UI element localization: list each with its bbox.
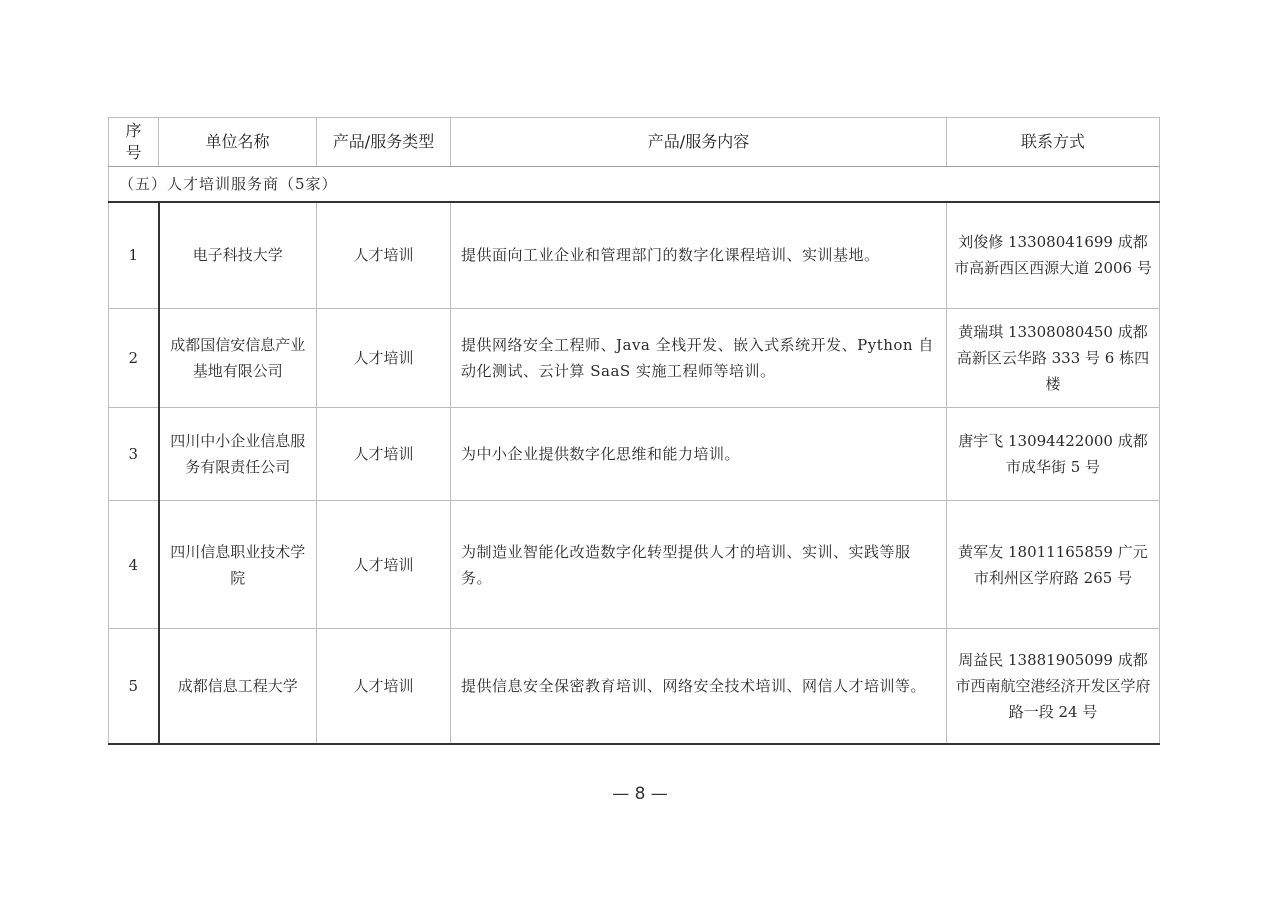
- table-row: 2 成都国信安信息产业基地有限公司 人才培训 提供网络安全工程师、Java 全栈…: [109, 309, 1160, 408]
- table-row: 1 电子科技大学 人才培训 提供面向工业企业和管理部门的数字化课程培训、实训基地…: [109, 202, 1160, 309]
- row-content: 提供网络安全工程师、Java 全栈开发、嵌入式系统开发、Python 自动化测试…: [451, 309, 947, 408]
- row-contact: 周益民 13881905099 成都市西南航空港经济开发区学府路一段 24 号: [947, 629, 1160, 744]
- row-content: 提供面向工业企业和管理部门的数字化课程培训、实训基地。: [451, 202, 947, 309]
- row-content: 为中小企业提供数字化思维和能力培训。: [451, 408, 947, 501]
- row-type: 人才培训: [317, 501, 451, 629]
- service-provider-table: 序号 单位名称 产品/服务类型 产品/服务内容 联系方式 （五）人才培训服务商（…: [108, 117, 1160, 745]
- row-name: 成都信息工程大学: [159, 629, 317, 744]
- row-seq: 1: [109, 202, 159, 309]
- row-content: 为制造业智能化改造数字化转型提供人才的培训、实训、实践等服务。: [451, 501, 947, 629]
- section-row: （五）人才培训服务商（5家）: [109, 167, 1160, 202]
- row-name: 电子科技大学: [159, 202, 317, 309]
- row-type: 人才培训: [317, 629, 451, 744]
- row-content: 提供信息安全保密教育培训、网络安全技术培训、网信人才培训等。: [451, 629, 947, 744]
- header-name: 单位名称: [159, 118, 317, 167]
- row-type: 人才培训: [317, 309, 451, 408]
- table-header-row: 序号 单位名称 产品/服务类型 产品/服务内容 联系方式: [109, 118, 1160, 167]
- table-row: 5 成都信息工程大学 人才培训 提供信息安全保密教育培训、网络安全技术培训、网信…: [109, 629, 1160, 744]
- row-name: 四川中小企业信息服务有限责任公司: [159, 408, 317, 501]
- row-seq: 5: [109, 629, 159, 744]
- row-name: 成都国信安信息产业基地有限公司: [159, 309, 317, 408]
- row-seq: 4: [109, 501, 159, 629]
- page-number: — 8 —: [0, 784, 1280, 804]
- row-type: 人才培训: [317, 202, 451, 309]
- header-type: 产品/服务类型: [317, 118, 451, 167]
- table-row: 3 四川中小企业信息服务有限责任公司 人才培训 为中小企业提供数字化思维和能力培…: [109, 408, 1160, 501]
- row-seq: 3: [109, 408, 159, 501]
- row-type: 人才培训: [317, 408, 451, 501]
- row-contact: 刘俊修 13308041699 成都市高新西区西源大道 2006 号: [947, 202, 1160, 309]
- header-content: 产品/服务内容: [451, 118, 947, 167]
- header-contact: 联系方式: [947, 118, 1160, 167]
- row-contact: 黄军友 18011165859 广元市利州区学府路 265 号: [947, 501, 1160, 629]
- row-seq: 2: [109, 309, 159, 408]
- row-contact: 唐宇飞 13094422000 成都市成华街 5 号: [947, 408, 1160, 501]
- row-name: 四川信息职业技术学院: [159, 501, 317, 629]
- section-title: （五）人才培训服务商（5家）: [109, 167, 1160, 202]
- table-row: 4 四川信息职业技术学院 人才培训 为制造业智能化改造数字化转型提供人才的培训、…: [109, 501, 1160, 629]
- header-seq: 序号: [109, 118, 159, 167]
- row-contact: 黄瑞琪 13308080450 成都高新区云华路 333 号 6 栋四楼: [947, 309, 1160, 408]
